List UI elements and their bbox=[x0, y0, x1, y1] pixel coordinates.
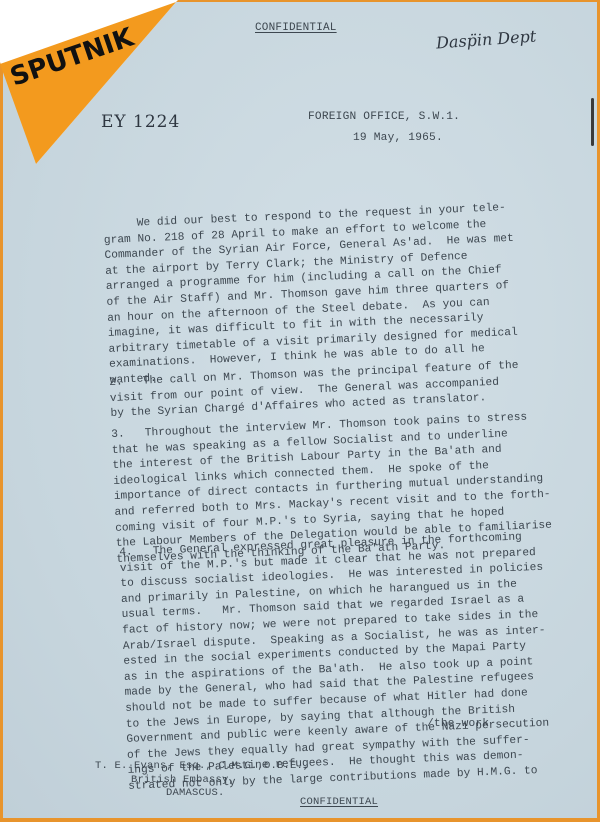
addressee-organisation: British Embassy, bbox=[131, 774, 235, 786]
sender-address: FOREIGN OFFICE, S.W.1. bbox=[308, 111, 460, 123]
classification-bottom: CONFIDENTIAL bbox=[300, 796, 378, 808]
image-frame: CONFIDENTIAL Dasp̈in Dept EY 1224 FOREIG… bbox=[0, 0, 600, 822]
continuation-marker: /the work bbox=[427, 718, 489, 730]
paragraph-4: 4. The General expressed great pleasure … bbox=[119, 530, 551, 796]
binding-clip bbox=[591, 98, 594, 146]
addressee-city: DAMASCUS. bbox=[166, 787, 225, 799]
sputnik-logo-icon: SPUTNIK bbox=[0, 0, 180, 170]
handwritten-department-note: Dasp̈in Dept bbox=[435, 27, 536, 53]
addressee-name: T. E. Evans, Esq., C.M.G.,O.B.E., bbox=[95, 760, 310, 772]
letter-date: 19 May, 1965. bbox=[353, 132, 443, 144]
sputnik-watermark: SPUTNIK bbox=[0, 0, 180, 170]
classification-top: CONFIDENTIAL bbox=[255, 22, 337, 34]
